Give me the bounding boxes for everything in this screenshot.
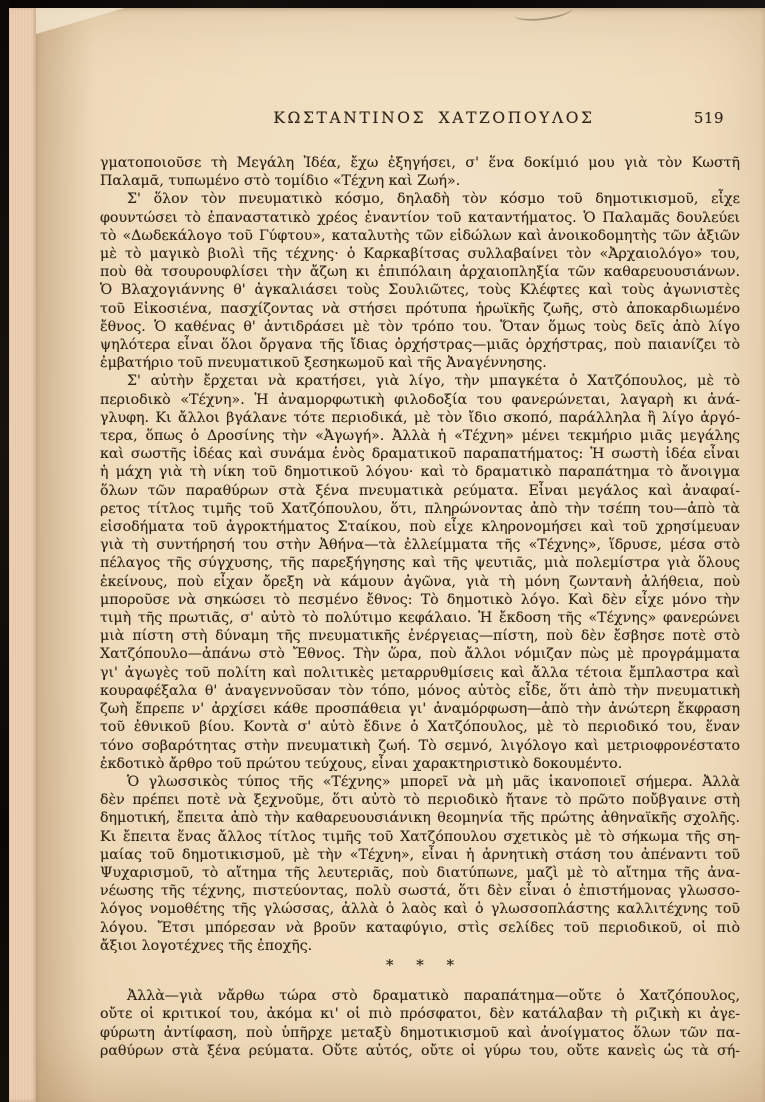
page-corner-fold <box>36 7 128 34</box>
text-line: φύρωτη ἀντίφαση, ποὺ ὑπῆρχε μεταξὺ δημοτ… <box>100 1024 740 1042</box>
text-line: ἄξιοι λογοτέχνες τῆς ἐποχῆς. <box>100 937 740 955</box>
text-line: ἐκείνους, ποὺ εἶχαν ὄρεξη νὰ κάμουν ἀγῶν… <box>100 573 740 591</box>
text-line: τοῦ ἐθνικοῦ βίου. Κοντὰ σ' αὐτὸ ἔδινε ὁ … <box>100 718 740 736</box>
text-line: δὲν πρέπει ποτὲ νὰ ξεχνοῦμε, ὅτι αὐτὸ τὸ… <box>100 791 740 809</box>
text-line: Κι ἔπειτα ἕνας ἄλλος τίτλος τιμῆς τοῦ Χα… <box>100 828 740 846</box>
text-line: Σ' ὅλον τὸν πνευματικὸ κόσμο, δηλαδὴ τὸν… <box>100 190 740 208</box>
text-line: περιοδικὸ «Τέχνη». Ἡ ἀναμορφωτικὴ φιλοδο… <box>100 391 740 409</box>
paragraph: Σ' ὅλον τὸν πνευματικὸ κόσμο, δηλαδὴ τὸν… <box>100 190 740 372</box>
paragraph: γματοποιοῦσε τὴ Μεγάλη Ἰδέα, ἔχω ἐξηγήσε… <box>100 154 740 190</box>
text-line: λόγου. Ἔτσι μπόρεσαν νὰ βροῦν καταφύγιο,… <box>100 919 740 937</box>
text-line: ποὺ θὰ τσουρουφλίσει τὴν ἄζωη κι ἐπιπόλα… <box>100 263 740 281</box>
text-line: λόγος νομοθέτης τῆς γλώσσας, ἀλλὰ ὁ λαὸς… <box>100 900 740 918</box>
text-line: τὸ «Δωδεκάλογο τοῦ Γύφτου», καταλυτὴς τῶ… <box>100 227 740 245</box>
text-line: ἔθνος. Ὁ καθένας θ' ἀντιδράσει μὲ τὸν τρ… <box>100 318 740 336</box>
text-line: πέλαγος τῆς σύγχυσης, τῆς παρεξήγησης κα… <box>100 554 740 572</box>
text-line: Ὁ γλωσσικὸς τύπος τῆς «Τέχνης» μπορεῖ νὰ… <box>100 773 740 791</box>
text-line: μαίας τοῦ δημοτικισμοῦ, μὲ τὴν «Τέχνη», … <box>100 846 740 864</box>
section-separator: * * * <box>100 956 740 974</box>
text-line: γι' ἀγωγὲς τοῦ πολίτη καὶ πολιτικὲς μετα… <box>100 664 740 682</box>
text-line: γματοποιοῦσε τὴ Μεγάλη Ἰδέα, ἔχω ἐξηγήσε… <box>100 154 740 172</box>
paragraph: Ἀλλὰ—γιὰ νἄρθω τώρα στὸ δραματικὸ παραπά… <box>100 987 740 1060</box>
text-line: ἐκδοτικὸ ἄρθρο τοῦ πρώτου τεύχους, εἶναι… <box>100 755 740 773</box>
text-line: τόνο σοβαρότητας στὴν πνευματικὴ ζωή. Τὸ… <box>100 737 740 755</box>
text-line: Χατζόπουλο—ἀπάνω στὸ Ἔθνος. Τὴν ὥρα, ποὺ… <box>100 645 740 663</box>
scan-border-left <box>0 0 9 1102</box>
text-line: Ἀλλὰ—γιὰ νἄρθω τώρα στὸ δραματικὸ παραπά… <box>100 987 740 1005</box>
text-line: ζωὴ ἔπρεπε ν' ἀρχίσει κάθε προσπάθεια γι… <box>100 700 740 718</box>
text-line: κουραφέξαλα θ' ἀναγεννοῦσαν τὸν τόπο, μό… <box>100 682 740 700</box>
text-line: καὶ σωστῆς ἰδέας καὶ συνάμα ἑνὸς δραματι… <box>100 445 740 463</box>
text-line: γιὰ τὴ συντήρησή του στὴν Ἀθήνα—τὰ ἐλλεί… <box>100 536 740 554</box>
text-line: Ψυχαρισμοῦ, τὸ αἴτημα τῆς λευτεριᾶς, ποὺ… <box>100 864 740 882</box>
book-scan: ΚΩΣΤΑΝΤΙΝΟΣ ΧΑΤΖΟΠΟΥΛΟΣ 519 γματοποιοῦσε… <box>0 0 765 1102</box>
text-line: φουντώσει τὸ ἐπαναστατικὸ χρέος ἐναντίον… <box>100 209 740 227</box>
paragraph: Ὁ γλωσσικὸς τύπος τῆς «Τέχνης» μπορεῖ νὰ… <box>100 773 740 955</box>
book-page-edges <box>9 7 38 1102</box>
text-line: τερα, ὅπως ὁ Δροσίνης τὴν «Ἀγωγή». Ἀλλὰ … <box>100 427 740 445</box>
text-line: ἡ μάχη γιὰ τὴ νίκη τοῦ δημοτικοῦ λόγου· … <box>100 463 740 481</box>
text-line: μιὰ πίστη στὴ δύναμη τῆς πνευματικῆς ἐνέ… <box>100 627 740 645</box>
text-line: ὅλων τῶν παραθύρων στὰ ξένα πνευματικὰ ρ… <box>100 482 740 500</box>
text-line: ρετος τίτλος τιμῆς τοῦ Χατζόπουλου, ὅτι,… <box>100 500 740 518</box>
text-line: μποροῦσε νὰ σηκώσει τὸ πεσμένο ἔθνος: Τὸ… <box>100 591 740 609</box>
paragraph: Σ' αὐτὴν ἔρχεται νὰ κρατήσει, γιὰ λίγο, … <box>100 372 740 772</box>
text-line: Σ' αὐτὴν ἔρχεται νὰ κρατήσει, γιὰ λίγο, … <box>100 372 740 390</box>
running-head-title: ΚΩΣΤΑΝΤΙΝΟΣ ΧΑΤΖΟΠΟΥΛΟΣ <box>114 109 754 127</box>
text-line: τιμὴ τῆς πρωτιᾶς, σ' αὐτὸ τὸ πολύτιμο κε… <box>100 609 740 627</box>
scan-border-top <box>0 0 765 8</box>
text-line: ψηλότερα εἶναι ὅλοι ὄργανα τῆς ἴδιας ὀρχ… <box>100 336 740 354</box>
text-line: εἰσοδήματα τοῦ ἀγροκτήματος Σταίκου, ποὺ… <box>100 518 740 536</box>
text-line: νέωσης τῆς τέχνης, πιστεύοντας, πολὺ σωσ… <box>100 882 740 900</box>
text-line: οὔτε οἱ κριτικοί του, ἀκόμα κι' οἱ πιὸ π… <box>100 1005 740 1023</box>
text-line: μὲ τὸ μαγικὸ βιολὶ τῆς τέχνης· ὁ Καρκαβί… <box>100 245 740 263</box>
text-line: τοῦ Εἰκοσιένα, πασχίζοντας νὰ στήσει πρό… <box>100 300 740 318</box>
page-number: 519 <box>694 109 724 127</box>
text-line: γλυφη. Κι ἄλλοι βγάλανε τότε περιοδικά, … <box>100 409 740 427</box>
text-line: Ὁ Βλαχογιάννης θ' ἀγκαλιάσει τοὺς Σουλιῶ… <box>100 281 740 299</box>
text-line: ἐμβατήριο τοῦ πνευματικοῦ ξεσηκωμοῦ καὶ … <box>100 354 740 372</box>
text-line: δημοτική, ἔπειτα ἀπὸ τὴν καθαρευουσιάνικ… <box>100 809 740 827</box>
page-header: ΚΩΣΤΑΝΤΙΝΟΣ ΧΑΤΖΟΠΟΥΛΟΣ 519 <box>100 109 740 131</box>
text-line: Παλαμᾶ, τυπωμένο στὸ τομίδιο «Τέχνη καὶ … <box>100 172 740 190</box>
text-block: γματοποιοῦσε τὴ Μεγάλη Ἰδέα, ἔχω ἐξηγήσε… <box>100 154 740 1060</box>
text-line: ραθύρων στὰ ξένα ρεύματα. Οὔτε αὐτός, οὔ… <box>100 1042 740 1060</box>
